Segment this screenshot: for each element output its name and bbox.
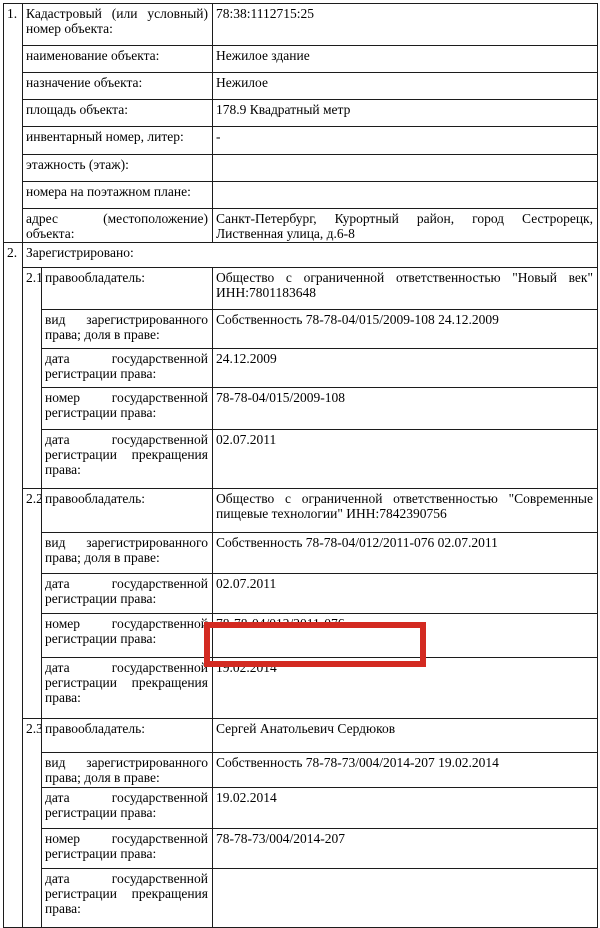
label-registration-date-2-2: дата государственнойрегистрации права: — [42, 574, 213, 614]
group-2-1-number: 2.1 — [23, 268, 42, 489]
value-right-type-2-1: Собственность 78-78-04/015/2009-108 24.1… — [213, 310, 598, 349]
value-object-purpose: Нежилое — [213, 73, 598, 100]
label-registration-number-2-3: номер государственнойрегистрации права: — [42, 829, 213, 869]
label-object-address: адрес (местоположение)объекта: — [23, 209, 213, 243]
label-right-type-2-1: вид зарегистрированногоправа; доля в пра… — [42, 310, 213, 349]
section-2-number: 2. — [4, 243, 23, 928]
label-cadastral-number: Кадастровый (или условный)номер объекта: — [23, 4, 213, 46]
value-object-area: 178.9 Квадратный метр — [213, 100, 598, 127]
label-floors: этажность (этаж): — [23, 155, 213, 182]
label-object-purpose: назначение объекта: — [23, 73, 213, 100]
property-record-table: 1. Кадастровый (или условный)номер объек… — [3, 3, 598, 928]
label-rights-holder-2-3: правообладатель: — [42, 719, 213, 753]
group-2-2-number: 2.2 — [23, 489, 42, 719]
label-registration-date-2-1: дата государственнойрегистрации права: — [42, 349, 213, 388]
group-2-3-number: 2.3 — [23, 719, 42, 928]
label-right-type-2-3: вид зарегистрированногоправа; доля в пра… — [42, 753, 213, 788]
value-registration-date-2-3: 19.02.2014 — [213, 788, 598, 829]
label-object-area: площадь объекта: — [23, 100, 213, 127]
label-termination-date-2-3: дата государственнойрегистрации прекраще… — [42, 869, 213, 928]
value-cadastral-number: 78:38:1112715:25 — [213, 4, 598, 46]
value-registration-date-2-2: 02.07.2011 — [213, 574, 598, 614]
section-2-title: Зарегистрировано: — [23, 243, 598, 268]
section-1-number: 1. — [4, 4, 23, 243]
value-right-type-2-3: Собственность 78-78-73/004/2014-207 19.0… — [213, 753, 598, 788]
value-floor-plan-numbers — [213, 182, 598, 209]
value-right-type-2-2: Собственность 78-78-04/012/2011-076 02.0… — [213, 533, 598, 574]
highlight-box — [204, 622, 426, 667]
value-rights-holder-2-3: Сергей Анатольевич Сердюков — [213, 719, 598, 753]
value-object-name: Нежилое здание — [213, 46, 598, 73]
label-right-type-2-2: вид зарегистрированногоправа; доля в пра… — [42, 533, 213, 574]
value-registration-date-2-1: 24.12.2009 — [213, 349, 598, 388]
value-inventory-number: - — [213, 127, 598, 155]
label-registration-number-2-2: номер государственнойрегистрации права: — [42, 614, 213, 658]
value-rights-holder-2-1: Общество с ограниченной ответственностью… — [213, 268, 598, 310]
label-registration-date-2-3: дата государственнойрегистрации права: — [42, 788, 213, 829]
value-registration-number-2-1: 78-78-04/015/2009-108 — [213, 388, 598, 430]
label-termination-date-2-1: дата государственнойрегистрации прекраще… — [42, 430, 213, 489]
label-object-name: наименование объекта: — [23, 46, 213, 73]
label-floor-plan-numbers: номера на поэтажном плане: — [23, 182, 213, 209]
label-rights-holder-2-2: правообладатель: — [42, 489, 213, 533]
label-rights-holder-2-1: правообладатель: — [42, 268, 213, 310]
value-termination-date-2-1: 02.07.2011 — [213, 430, 598, 489]
value-object-address: Санкт-Петербург, Курортный район, город … — [213, 209, 598, 243]
label-inventory-number: инвентарный номер, литер: — [23, 127, 213, 155]
value-floors — [213, 155, 598, 182]
value-termination-date-2-3 — [213, 869, 598, 928]
value-rights-holder-2-2: Общество с ограниченной ответственностью… — [213, 489, 598, 533]
value-registration-number-2-3: 78-78-73/004/2014-207 — [213, 829, 598, 869]
label-registration-number-2-1: номер государственнойрегистрации права: — [42, 388, 213, 430]
label-termination-date-2-2: дата государственнойрегистрации прекраще… — [42, 658, 213, 719]
